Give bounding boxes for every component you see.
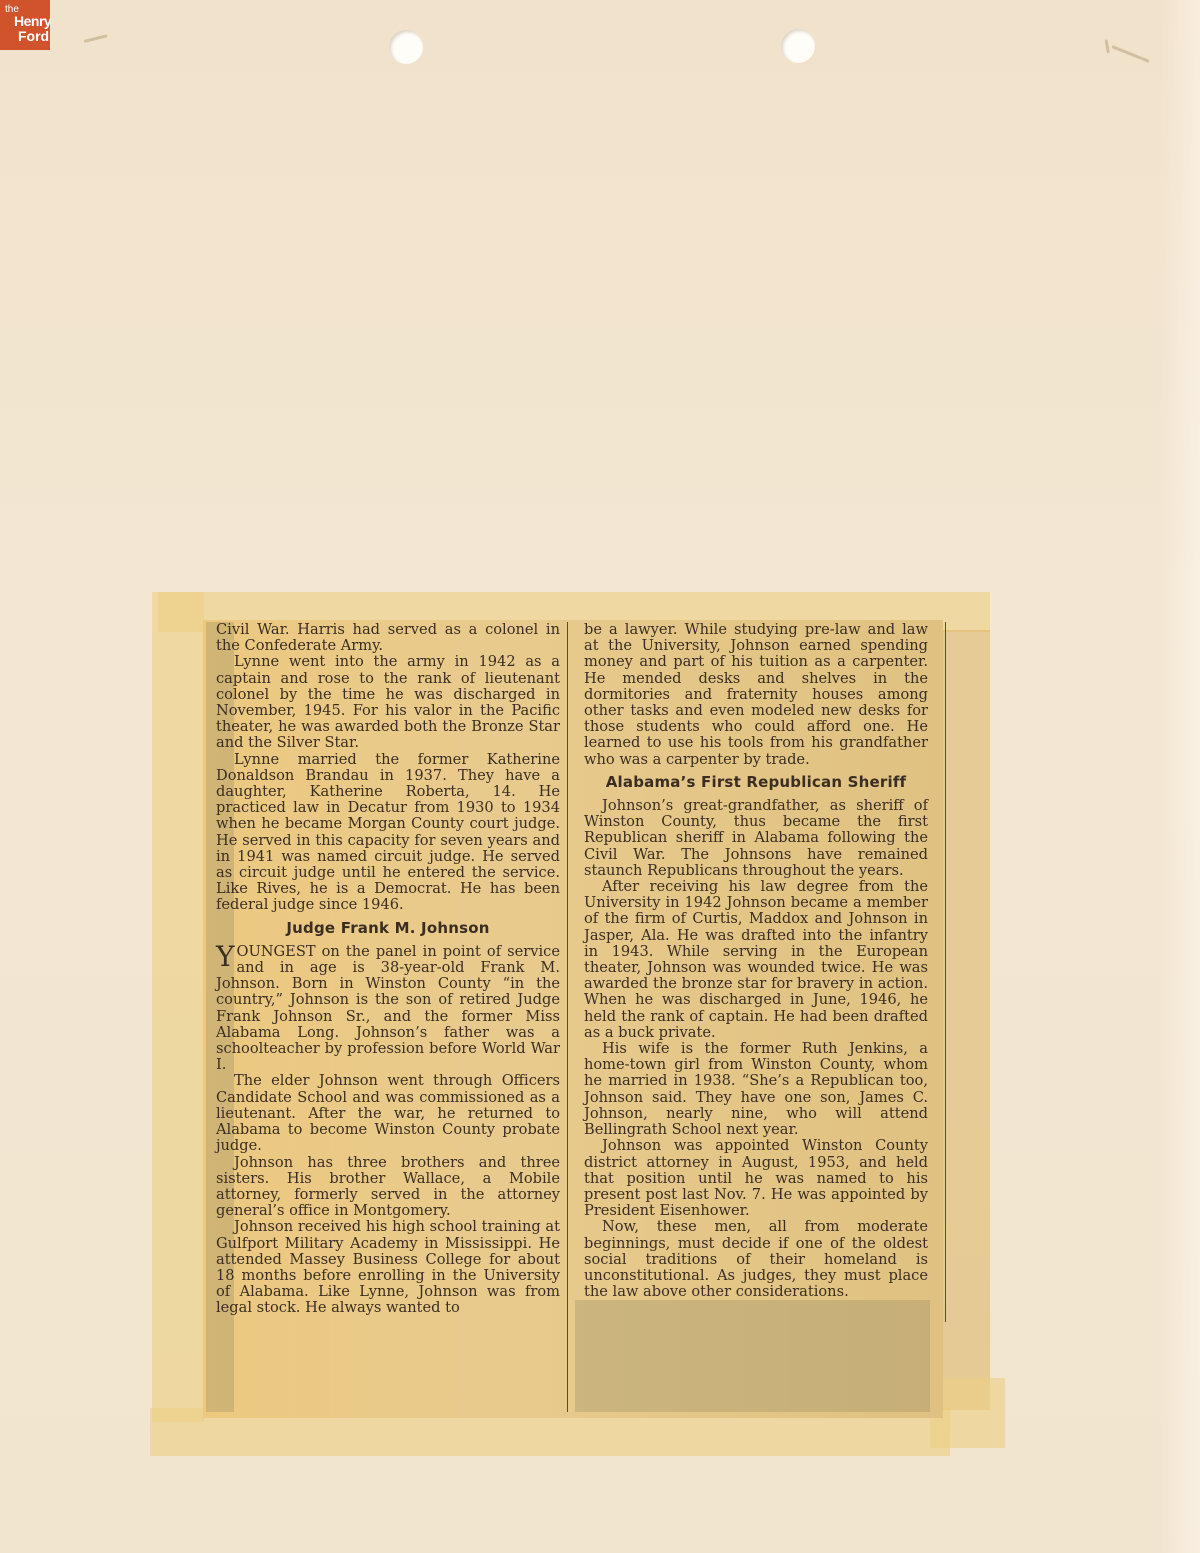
- henry-ford-logo: the Henry Ford: [0, 0, 50, 50]
- tape-left: [152, 592, 204, 1422]
- paragraph: Lynne went into the army in 1942 as a ca…: [216, 654, 560, 751]
- paragraph: His wife is the former Ruth Jenkins, a h…: [584, 1041, 928, 1138]
- section-heading-republican-sheriff: Alabama’s First Republican Sheriff: [584, 774, 928, 790]
- page-edge-highlight: [1160, 0, 1200, 1553]
- staple-mark-right-tail: [1111, 45, 1149, 63]
- paragraph: be a lawyer. While studying pre-law and …: [584, 622, 928, 768]
- section-heading-judge-johnson: Judge Frank M. Johnson: [216, 920, 560, 936]
- punch-hole-left: [389, 30, 423, 64]
- column-rule: [567, 622, 568, 1412]
- staple-mark-right: [1105, 39, 1110, 53]
- paragraph: Now, these men, all from moderate beginn…: [584, 1219, 928, 1300]
- paragraph: Johnson received his high school trainin…: [216, 1219, 560, 1316]
- paragraph: Johnson was appointed Winston County dis…: [584, 1138, 928, 1219]
- staple-mark-left: [84, 34, 108, 43]
- scrapbook-page: the Henry Ford Civil War. Harris had ser…: [0, 0, 1200, 1553]
- clipping-right-rule: [945, 622, 946, 1322]
- paragraph: Civil War. Harris had served as a colone…: [216, 622, 560, 654]
- paragraph: The elder Johnson went through Officers …: [216, 1073, 560, 1154]
- article-right-column: be a lawyer. While studying pre-law and …: [584, 622, 928, 1300]
- paragraph: After receiving his law degree from the …: [584, 879, 928, 1041]
- paragraph: Johnson’s great-grandfather, as sheriff …: [584, 798, 928, 879]
- paragraph: YOUNGEST on the panel in point of servic…: [216, 944, 560, 1074]
- paragraph: Johnson has three brothers and three sis…: [216, 1155, 560, 1220]
- clipping-stain-bottom-right: [575, 1300, 930, 1412]
- punch-hole-right: [781, 29, 815, 63]
- article-left-column: Civil War. Harris had served as a colone…: [216, 622, 560, 1317]
- paragraph: Lynne married the former Katherine Donal…: [216, 752, 560, 914]
- drop-cap: Y: [216, 946, 234, 968]
